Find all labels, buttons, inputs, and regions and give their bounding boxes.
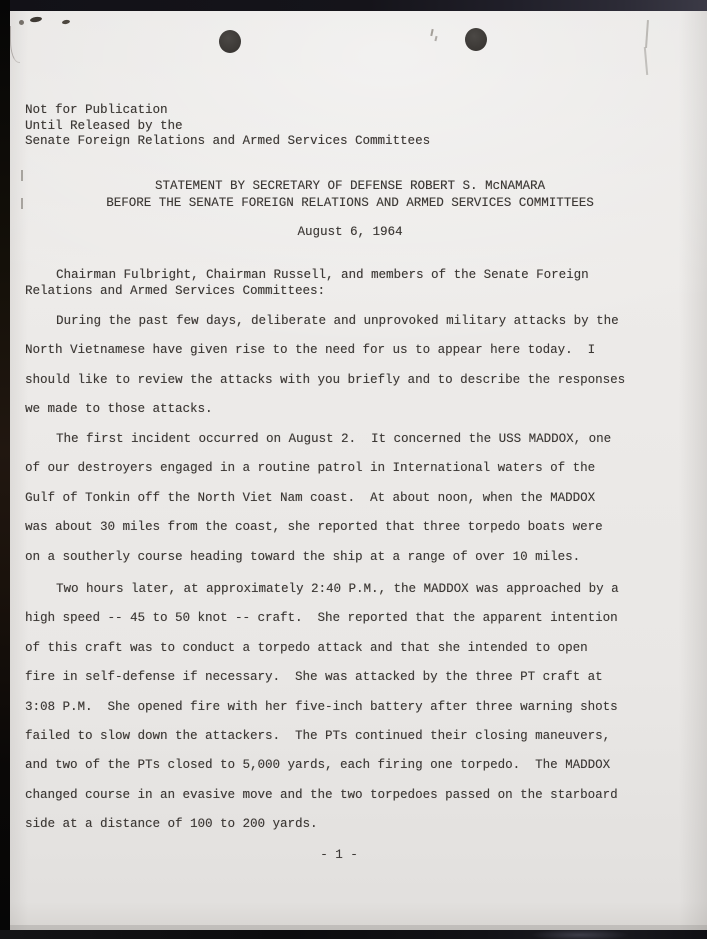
text-line: of this craft was to conduct a torpedo a… [25,634,619,663]
text-line: 3:08 P.M. She opened fire with her five-… [25,693,619,722]
text-line: of our destroyers engaged in a routine p… [25,454,611,483]
paragraph-intro: During the past few days, deliberate and… [25,307,625,425]
text-line: STATEMENT BY SECRETARY OF DEFENSE ROBERT… [10,178,690,195]
scan-bottom-edge [0,930,707,939]
hole-punch-right [465,28,487,51]
text-line: BEFORE THE SENATE FOREIGN RELATIONS AND … [10,195,690,212]
text-line: Chairman Fulbright, Chairman Russell, an… [25,268,589,284]
document-date: August 6, 1964 [10,224,690,240]
document-title: STATEMENT BY SECRETARY OF DEFENSE ROBERT… [10,178,690,212]
pencil-smudge [19,20,24,25]
text-line: fire in self-defense if necessary. She w… [25,663,619,692]
text-line: side at a distance of 100 to 200 yards. [25,810,619,839]
scanned-document-page: { "scan": { "paper_color": "#e9e7e5", "i… [0,0,707,939]
scan-top-edge [0,0,707,11]
salutation: Chairman Fulbright, Chairman Russell, an… [25,268,589,300]
hole-punch-left [219,30,241,53]
text-line: failed to slow down the attackers. The P… [25,722,619,751]
scan-left-edge [0,0,10,939]
text-line: The first incident occurred on August 2.… [25,425,611,454]
text-line: North Vietnamese have given rise to the … [25,336,625,365]
text-line: Senate Foreign Relations and Armed Servi… [25,134,430,150]
paragraph-first-incident: The first incident occurred on August 2.… [25,425,611,572]
paragraph-attack-details: Two hours later, at approximately 2:40 P… [25,575,619,840]
text-line: we made to those attacks. [25,395,625,424]
text-line: was about 30 miles from the coast, she r… [25,513,611,542]
text-line: changed course in an evasive move and th… [25,781,619,810]
text-line: Until Released by the [25,119,430,135]
text-line: Relations and Armed Services Committees: [25,284,589,300]
text-line: should like to review the attacks with y… [25,366,625,395]
text-line: and two of the PTs closed to 5,000 yards… [25,751,619,780]
text-line: high speed -- 45 to 50 knot -- craft. Sh… [25,604,619,633]
page-number: - 1 - [0,847,678,863]
text-line: Two hours later, at approximately 2:40 P… [25,575,619,604]
release-notice: Not for PublicationUntil Released by the… [25,103,430,150]
text-line: on a southerly course heading toward the… [25,543,611,572]
text-line: Not for Publication [25,103,430,119]
text-line: Gulf of Tonkin off the North Viet Nam co… [25,484,611,513]
text-line: During the past few days, deliberate and… [25,307,625,336]
